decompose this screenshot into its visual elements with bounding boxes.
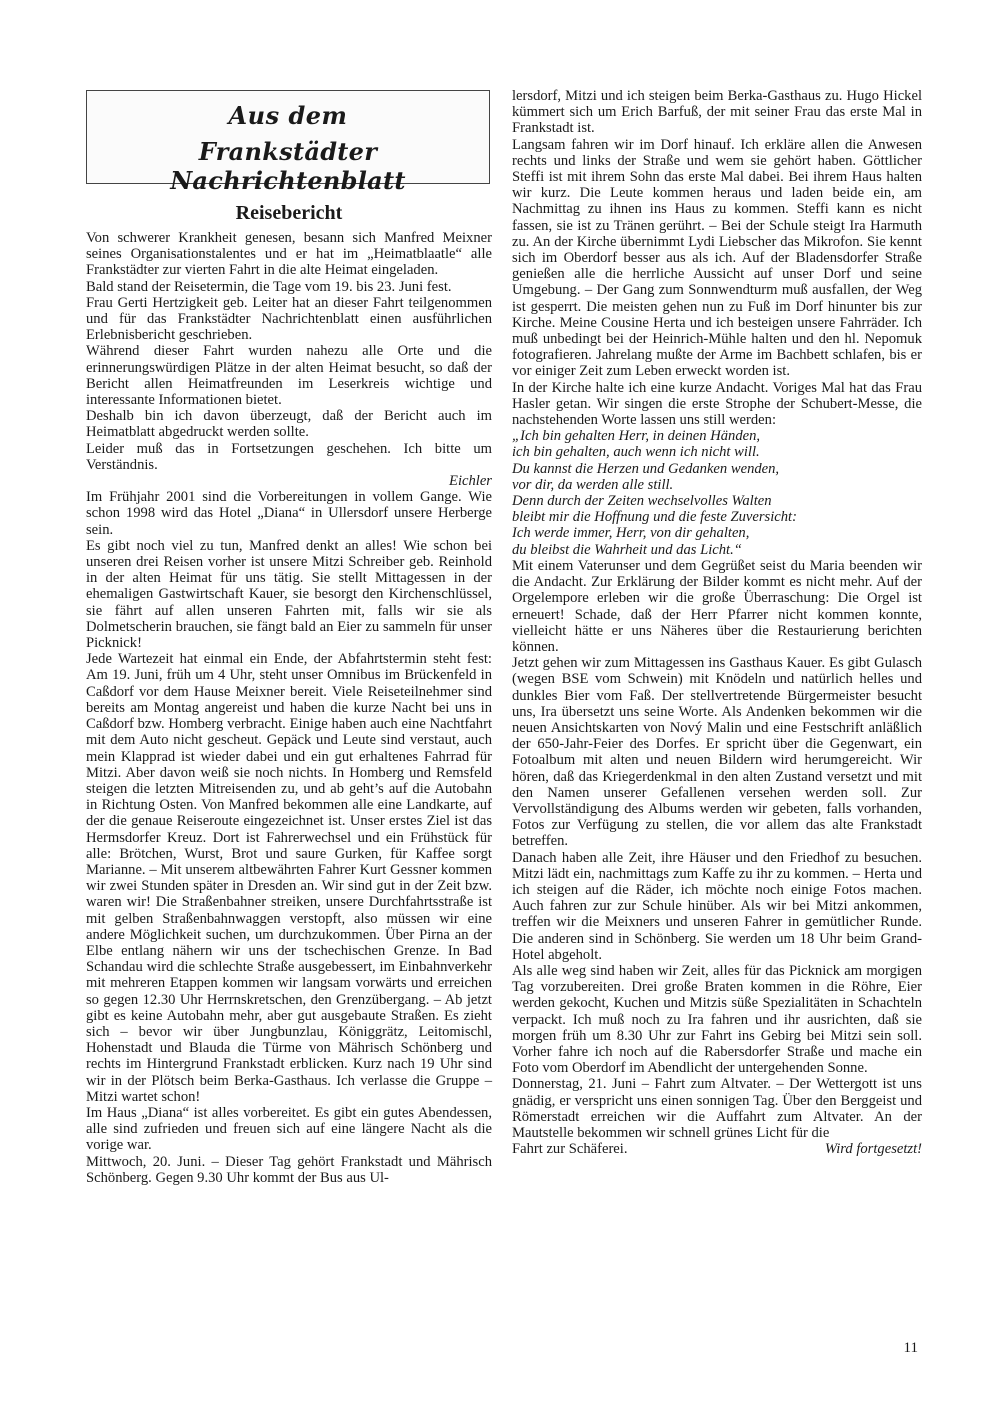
final-line: Fahrt zur Schäferei. Wird fortgesetzt! xyxy=(512,1141,922,1157)
poem-line: „Ich bin gehalten Herr, in deinen Händen… xyxy=(512,428,922,444)
final-line-text: Fahrt zur Schäferei. xyxy=(512,1141,627,1157)
page-number: 11 xyxy=(904,1340,918,1357)
masthead-box: Aus dem Frankstädter Nachrichtenblatt xyxy=(86,90,490,184)
intro-paragraph: Von schwerer Krankheit genesen, besann s… xyxy=(86,230,492,279)
body-paragraph: Als alle weg sind haben wir Zeit, alles … xyxy=(512,963,922,1076)
body-paragraph: lersdorf, Mitzi und ich steigen beim Ber… xyxy=(512,88,922,137)
masthead-line-2: Frankstädter Nachrichtenblatt xyxy=(87,137,489,195)
intro-paragraph: Deshalb bin ich davon überzeugt, daß der… xyxy=(86,408,492,440)
editor-signature: Eichler xyxy=(86,473,492,489)
right-column: lersdorf, Mitzi und ich steigen beim Ber… xyxy=(512,88,922,1157)
body-paragraph: Mit einem Vaterunser und dem Gegrüßet se… xyxy=(512,558,922,655)
intro-paragraph: Frau Gerti Hertzigkeit geb. Leiter hat a… xyxy=(86,295,492,344)
body-paragraph: Im Frühjahr 2001 sind die Vorbereitungen… xyxy=(86,489,492,538)
poem-line: du bleibst die Wahrheit und das Licht.“ xyxy=(512,542,922,558)
body-paragraph: Donnerstag, 21. Juni – Fahrt zum Altvate… xyxy=(512,1076,922,1141)
body-paragraph: Im Haus „Diana“ ist alles vorbereitet. E… xyxy=(86,1105,492,1154)
continuation-note: Wird fortgesetzt! xyxy=(825,1141,922,1157)
intro-paragraph: Bald stand der Reisetermin, die Tage vom… xyxy=(86,279,492,295)
hymn-quote: „Ich bin gehalten Herr, in deinen Händen… xyxy=(512,428,922,558)
body-paragraph: Danach haben alle Zeit, ihre Häuser und … xyxy=(512,850,922,963)
left-column: Von schwerer Krankheit genesen, besann s… xyxy=(86,230,492,1186)
poem-line: bleibt mir die Hoffnung und die feste Zu… xyxy=(512,509,922,525)
poem-line: vor dir, da werden alle still. xyxy=(512,477,922,493)
masthead-line-1: Aus dem xyxy=(87,101,489,130)
intro-paragraph: Während dieser Fahrt wurden nahezu alle … xyxy=(86,343,492,408)
body-paragraph: Langsam fahren wir im Dorf hinauf. Ich e… xyxy=(512,137,922,380)
article-title: Reisebericht xyxy=(86,202,492,225)
poem-line: Du kannst die Herzen und Gedanken wenden… xyxy=(512,461,922,477)
intro-paragraph: Leider muß das in Fortsetzungen geschehe… xyxy=(86,441,492,473)
poem-line: Denn durch der Zeiten wechselvolles Walt… xyxy=(512,493,922,509)
body-paragraph: Mittwoch, 20. Juni. – Dieser Tag gehört … xyxy=(86,1154,492,1186)
body-paragraph: In der Kirche halte ich eine kurze Andac… xyxy=(512,380,922,429)
body-paragraph: Es gibt noch viel zu tun, Manfred denkt … xyxy=(86,538,492,651)
poem-line: Ich werde immer, Herr, von dir gehalten, xyxy=(512,525,922,541)
body-paragraph: Jetzt gehen wir zum Mittagessen ins Gast… xyxy=(512,655,922,849)
poem-line: ich bin gehalten, auch wenn ich nicht wi… xyxy=(512,444,922,460)
body-paragraph: Jede Wartezeit hat einmal ein Ende, der … xyxy=(86,651,492,1105)
